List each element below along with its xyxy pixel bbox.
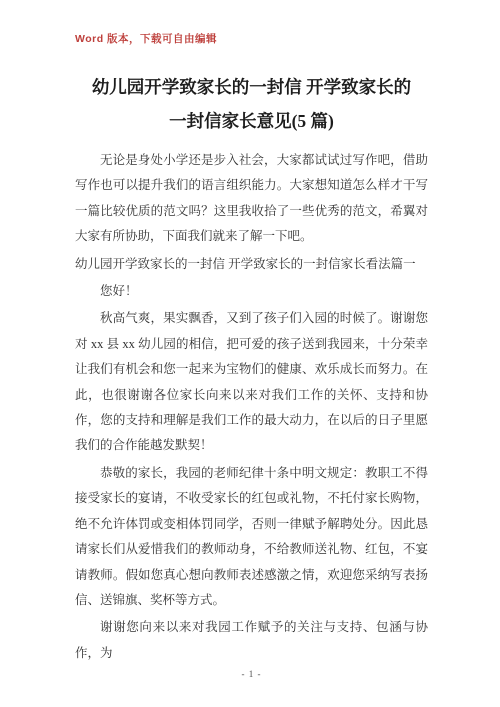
paragraph: 恭敬的家长，我园的老师纪律十条中明文规定：教职工不得接受家长的宴请，不收受家长的… [75,461,428,613]
document-title: 幼儿园开学致家长的一封信 开学致家长的 一封信家长意见(5 篇) [75,70,428,138]
word-version-watermark: Word 版本，下载可自由编辑 [75,33,428,46]
document-body: 无论是身处小学还是步入社会，大家都试试过写作吧，借助写作也可以提升我们的语言组织… [75,148,428,666]
paragraph: 您好！ [75,279,428,304]
document-page: Word 版本，下载可自由编辑 幼儿园开学致家长的一封信 开学致家长的 一封信家… [0,0,500,707]
document-title-line1: 幼儿园开学致家长的一封信 开学致家长的 [75,70,428,104]
paragraph: 秋高气爽，果实飘香，又到了孩子们入园的时候了。谢谢您对 xx 县 xx 幼儿园的… [75,306,428,458]
paragraph: 无论是身处小学还是步入社会，大家都试试过写作吧，借助写作也可以提升我们的语言组织… [75,148,428,250]
paragraph: 幼儿园开学致家长的一封信 开学致家长的一封信家长看法篇一 [75,252,428,277]
page-number: - 1 - [75,668,428,680]
paragraph: 谢谢您向来以来对我园工作赋予的关注与支持、包涵与协作，为 [75,615,428,666]
document-title-line2: 一封信家长意见(5 篇) [75,104,428,138]
